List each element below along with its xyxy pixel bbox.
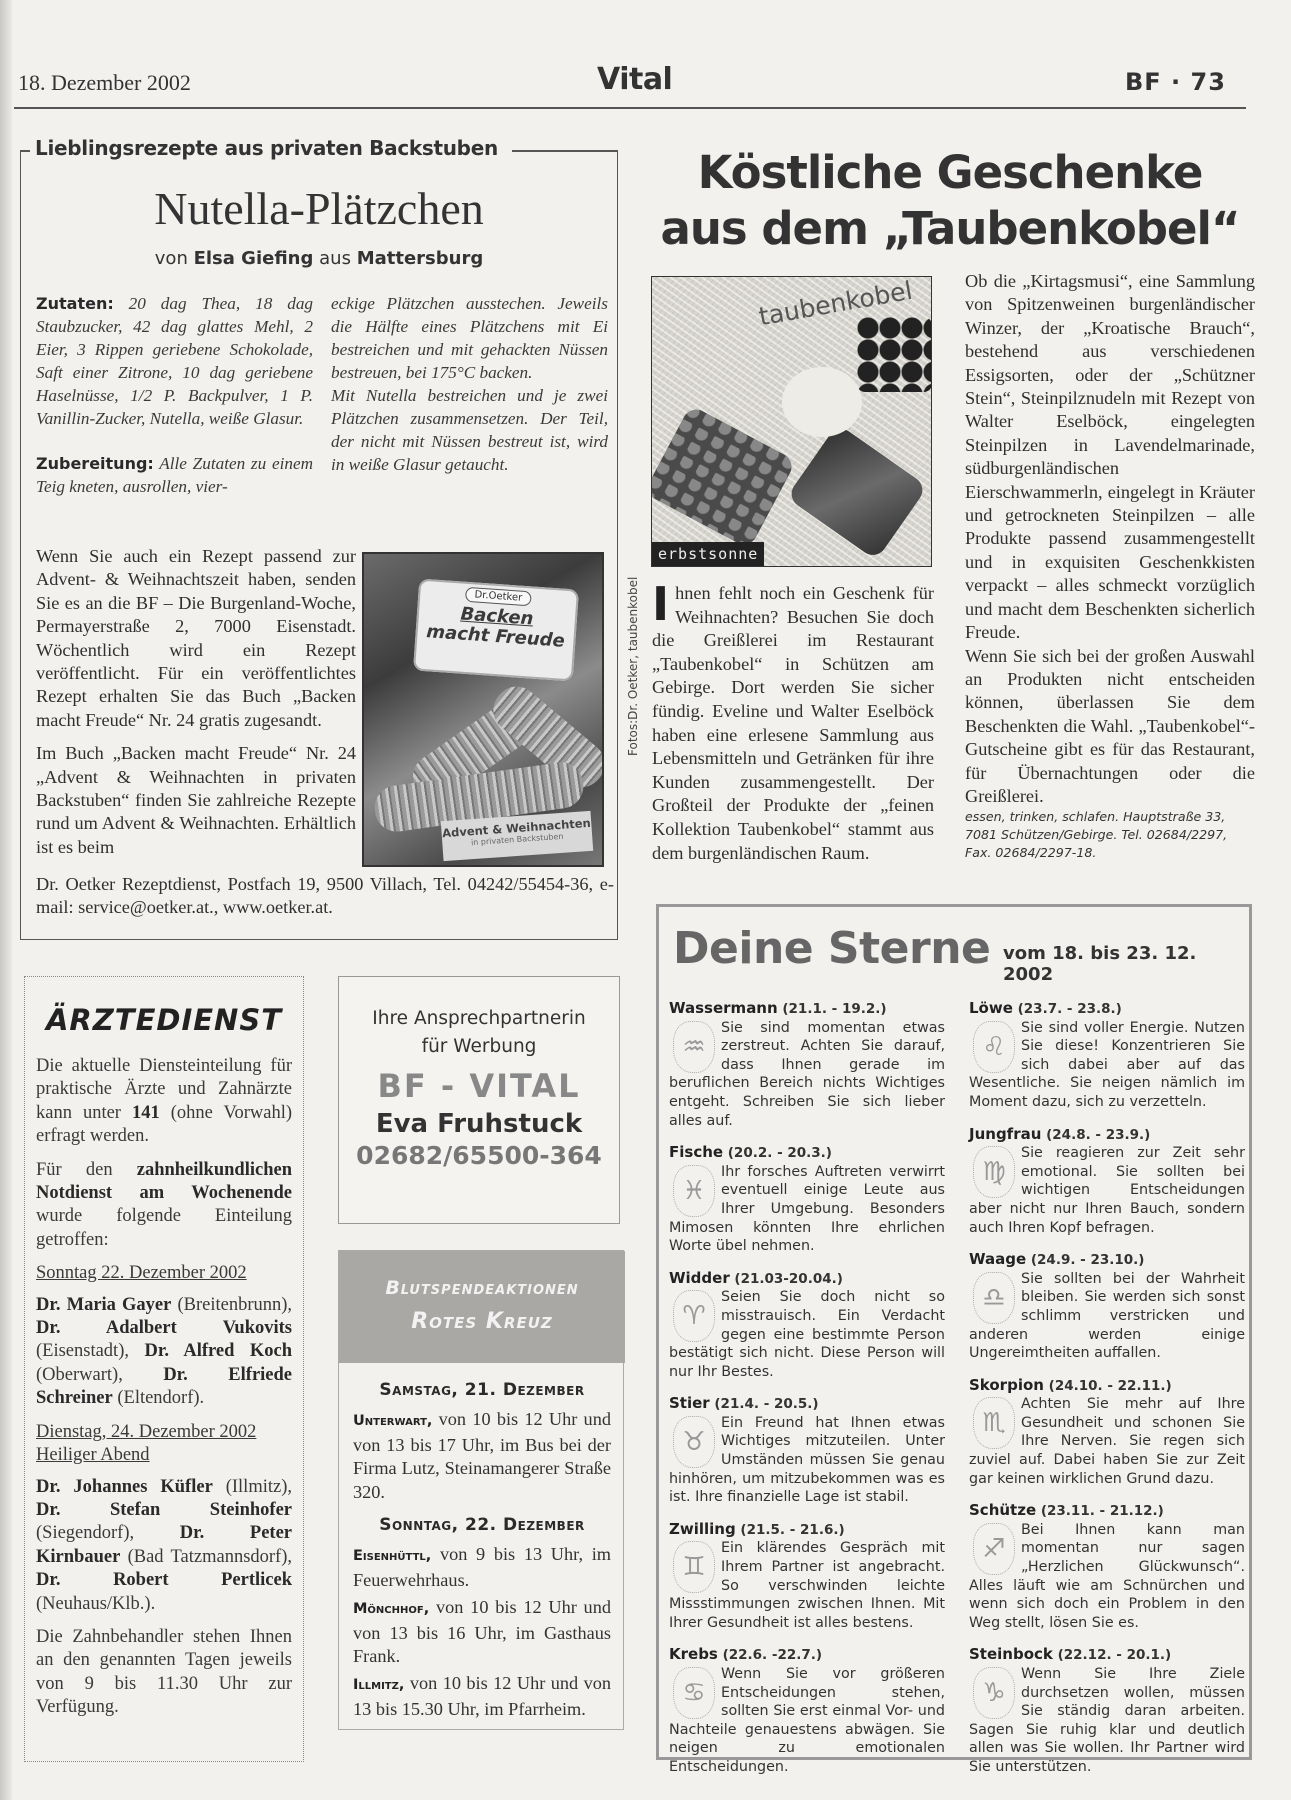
page-binding-edge <box>0 0 12 1800</box>
libra-icon: ♎ <box>973 1272 1015 1324</box>
preparation: Zubereitung: Alle Zutaten zu einem Teig … <box>36 452 313 498</box>
donation-day: Sonntag, 22. Dezember <box>353 1514 611 1537</box>
ingredients: Zutaten: 20 dag Thea, 18 dag Staubzucker… <box>36 292 313 430</box>
article-text-3: Wenn Sie sich bei der großen Auswahl an … <box>965 645 1255 809</box>
donation-entry: Eisenhüttl, von 9 bis 13 Uhr, im Feuerwe… <box>353 1543 611 1592</box>
sign-dates: (20.2. - 20.3.) <box>723 1145 832 1161</box>
article-text-2: Ob die „Kirtagsmusi“, eine Sammlung von … <box>965 270 1255 645</box>
sign-heading: Steinbock (22.12. - 20.1.) <box>969 1645 1245 1665</box>
header-rule <box>14 107 1246 109</box>
ingredients-text: 20 dag Thea, 18 dag Staubzucker, 42 dag … <box>36 294 313 428</box>
horoscope-sign-scorpio: Skorpion (24.10. - 22.11.)♏Achten Sie me… <box>969 1376 1245 1489</box>
section-title: Vital <box>597 62 672 97</box>
article-text-1: hnen fehlt noch ein Geschenk für Weihnac… <box>652 583 934 863</box>
sign-heading: Löwe (23.7. - 23.8.) <box>969 999 1245 1019</box>
sign-name: Krebs <box>669 1645 718 1663</box>
horoscope-date-range: vom 18. bis 23. 12. 2002 <box>1003 943 1249 985</box>
article-photo: taubenkobel erbstsonne <box>651 276 932 567</box>
aerztedienst-closing: Die Zahnbehandler stehen Ihnen an den ge… <box>36 1626 292 1720</box>
aquarius-icon: ♒ <box>673 1021 715 1073</box>
sign-heading: Zwilling (21.5. - 21.6.) <box>669 1520 945 1540</box>
aerztedienst-title: ÄRZTEDIENST <box>24 1003 304 1037</box>
taurus-icon: ♉ <box>673 1416 715 1468</box>
book-contact: Dr. Oetker Rezeptdienst, Postfach 19, 95… <box>36 873 614 920</box>
ad-contact-name: Eva Fruhstuck <box>339 1109 619 1139</box>
article-column-2: Ob die „Kirtagsmusi“, eine Sammlung von … <box>965 270 1255 862</box>
preparation-text-cont: eckige Plätzchen ausstechen. Jeweils die… <box>331 292 608 384</box>
horoscope-sign-cancer: Krebs (22.6. -22.7.)♋Wenn Sie vor größer… <box>669 1645 945 1776</box>
aerztedienst-intro: Die aktuelle Diensteinteilung für prakti… <box>36 1055 292 1149</box>
duty-doctors: Dr. Johannes Küfler (Illmitz), Dr. Stefa… <box>36 1476 292 1616</box>
horoscope-title: Deine Sterne <box>673 923 990 974</box>
horoscope-sign-pisces: Fische (20.2. - 20.3.)♓Ihr forsches Auft… <box>669 1143 945 1256</box>
photo-credit: Fotos:Dr. Oetker, taubenkobel <box>626 566 646 766</box>
sign-heading: Fische (20.2. - 20.3.) <box>669 1143 945 1163</box>
aries-icon: ♈ <box>673 1290 715 1342</box>
recipe-column-right: eckige Plätzchen ausstechen. Jeweils die… <box>331 292 608 498</box>
recipe-columns: Zutaten: 20 dag Thea, 18 dag Staubzucker… <box>36 292 608 498</box>
aerztedienst-body: Die aktuelle Diensteinteilung für prakti… <box>36 1055 292 1730</box>
horoscope-sign-aquarius: Wassermann (21.1. - 19.2.)♒Sie sind mome… <box>669 999 945 1130</box>
horoscope-sign-gemini: Zwilling (21.5. - 21.6.)♊Ein klärendes G… <box>669 1520 945 1633</box>
recipe-info: Wenn Sie auch ein Rezept passend zur Adv… <box>36 545 356 859</box>
sign-dates: (21.4. - 20.5.) <box>710 1396 819 1412</box>
horoscope-sign-sagittarius: Schütze (23.11. - 21.12.)♐Bei Ihnen kann… <box>969 1501 1245 1632</box>
sign-heading: Wassermann (21.1. - 19.2.) <box>669 999 945 1019</box>
sign-name: Wassermann <box>669 999 778 1017</box>
blood-donation-schedule: Samstag, 21. Dezember Unterwart, von 10 … <box>353 1379 611 1725</box>
sign-name: Skorpion <box>969 1376 1044 1394</box>
duty-doctors: Dr. Maria Gayer (Breitenbrunn), Dr. Adal… <box>36 1294 292 1411</box>
sign-name: Fische <box>669 1143 723 1161</box>
sign-heading: Skorpion (24.10. - 22.11.) <box>969 1376 1245 1396</box>
sign-heading: Jungfrau (24.8. - 23.9.) <box>969 1125 1245 1145</box>
blood-donation-box: Blutspendeaktionen Rotes Kreuz Samstag, … <box>338 1250 624 1730</box>
sign-heading: Waage (24.9. - 23.10.) <box>969 1250 1245 1270</box>
recipe-byline: von Elsa Giefing aus Mattersburg <box>20 248 618 269</box>
sign-dates: (24.9. - 23.10.) <box>1026 1252 1144 1268</box>
sign-name: Widder <box>669 1269 730 1287</box>
recipe-frame-top-right <box>512 150 618 152</box>
submission-info: Wenn Sie auch ein Rezept passend zur Adv… <box>36 545 356 732</box>
book-info: Im Buch „Backen macht Freude“ Nr. 24 „Ad… <box>36 742 356 859</box>
horoscope-sign-virgo: Jungfrau (24.8. - 23.9.)♍Sie reagieren z… <box>969 1125 1245 1238</box>
sign-name: Jungfrau <box>969 1125 1041 1143</box>
preparation-text-end: Mit Nutella bestreichen und je zwei Plät… <box>331 384 608 476</box>
preparation-label: Zubereitung: <box>36 454 154 473</box>
gemini-icon: ♊ <box>673 1541 715 1593</box>
blood-donation-header: Blutspendeaktionen Rotes Kreuz <box>339 1251 625 1363</box>
notdienst-intro: Für den zahnheilkundlichen Notdienst am … <box>36 1159 292 1253</box>
issue-date: 18. Dezember 2002 <box>18 70 191 96</box>
horoscope-box: Deine Sterne vom 18. bis 23. 12. 2002 Wa… <box>656 904 1252 1760</box>
book-cover-photo: Dr.Oetker Backenmacht Freude Advent & We… <box>362 552 604 867</box>
photo-label: erbstsonne <box>652 542 764 566</box>
sign-dates: (24.10. - 22.11.) <box>1044 1378 1172 1394</box>
sign-dates: (21.1. - 19.2.) <box>778 1001 887 1017</box>
advertising-contact-box: Ihre Ansprechpartnerinfür Werbung BF - V… <box>338 976 620 1224</box>
scorpio-icon: ♏ <box>973 1397 1015 1449</box>
recipe-frame-top-left <box>20 150 30 152</box>
page-number: BF · 73 <box>1125 68 1226 96</box>
drop-cap: I <box>652 584 669 624</box>
sign-dates: (23.11. - 21.12.) <box>1036 1503 1164 1519</box>
recipe-title: Nutella-Plätzchen <box>20 182 618 235</box>
horoscope-sign-capricorn: Steinbock (22.12. - 20.1.)♑Wenn Sie Ihre… <box>969 1645 1245 1776</box>
virgo-icon: ♍ <box>973 1146 1015 1198</box>
sign-dates: (22.12. - 20.1.) <box>1053 1647 1171 1663</box>
ad-brand: BF - VITAL <box>339 1067 619 1105</box>
restaurant-contact: essen, trinken, schlafen. Hauptstraße 33… <box>965 808 1255 862</box>
article-column-1: Ihnen fehlt noch ein Geschenk für Weihna… <box>652 582 934 865</box>
sign-name: Schütze <box>969 1501 1036 1519</box>
headline-line-2: aus dem „Taubenkobel“ <box>640 201 1260 257</box>
donation-entry: Illmitz, von 10 bis 12 Uhr und von 13 bi… <box>353 1672 611 1721</box>
horoscope-sign-leo: Löwe (23.7. - 23.8.)♌Sie sind voller Ene… <box>969 999 1245 1112</box>
hotline-number: 141 <box>132 1103 160 1123</box>
headline-line-1: Köstliche Geschenke <box>640 145 1260 201</box>
photo-credit-text: Fotos:Dr. Oetker, taubenkobel <box>626 577 640 756</box>
sign-heading: Schütze (23.11. - 21.12.) <box>969 1501 1245 1521</box>
sign-dates: (23.7. - 23.8.) <box>1013 1001 1122 1017</box>
duty-date: Dienstag, 24. Dezember 2002Heiliger Aben… <box>36 1421 292 1468</box>
sign-heading: Stier (21.4. - 20.5.) <box>669 1394 945 1414</box>
sign-name: Zwilling <box>669 1520 736 1538</box>
donation-day: Samstag, 21. Dezember <box>353 1379 611 1402</box>
horoscope-sign-taurus: Stier (21.4. - 20.5.)♉Ein Freund hat Ihn… <box>669 1394 945 1507</box>
sign-dates: (21.5. - 21.6.) <box>736 1522 845 1538</box>
book-title-plate: Dr.Oetker Backenmacht Freude <box>413 579 579 682</box>
recipe-kicker: Lieblingsrezepte aus privaten Backstuben <box>35 136 498 160</box>
mushroom-cluster <box>857 317 932 392</box>
sign-heading: Widder (21.03-20.04.) <box>669 1269 945 1289</box>
sign-dates: (22.6. -22.7.) <box>718 1647 822 1663</box>
capricorn-icon: ♑ <box>973 1667 1015 1719</box>
horoscope-column-right: Löwe (23.7. - 23.8.)♌Sie sind voller Ene… <box>969 999 1245 1790</box>
horoscope-sign-aries: Widder (21.03-20.04.)♈Seien Sie doch nic… <box>669 1269 945 1382</box>
sign-name: Stier <box>669 1394 710 1412</box>
sign-dates: (21.03-20.04.) <box>730 1271 843 1287</box>
book-brand-logo: Dr.Oetker <box>465 587 532 607</box>
ad-phone: 02682/65500-364 <box>339 1141 619 1170</box>
byline-prefix: von <box>155 248 188 269</box>
bottle-shape <box>782 367 862 437</box>
byline-connector: aus <box>319 248 351 269</box>
article-headline: Köstliche Geschenke aus dem „Taubenkobel… <box>640 145 1260 257</box>
sign-dates: (24.8. - 23.9.) <box>1041 1127 1150 1143</box>
donation-entry: Mönchhof, von 10 bis 12 Uhr und von 13 b… <box>353 1596 611 1668</box>
sign-name: Waage <box>969 1250 1026 1268</box>
book-title: Backenmacht Freude <box>415 601 577 652</box>
sagittarius-icon: ♐ <box>973 1523 1015 1575</box>
recipe-column-left: Zutaten: 20 dag Thea, 18 dag Staubzucker… <box>36 292 313 498</box>
donation-entry: Unterwart, von 10 bis 12 Uhr und von 13 … <box>353 1408 611 1504</box>
ingredients-label: Zutaten: <box>36 294 114 313</box>
recipe-author: Elsa Giefing <box>194 248 314 269</box>
recipe-town: Mattersburg <box>357 248 484 269</box>
pisces-icon: ♓ <box>673 1165 715 1217</box>
sign-heading: Krebs (22.6. -22.7.) <box>669 1645 945 1665</box>
horoscope-column-left: Wassermann (21.1. - 19.2.)♒Sie sind mome… <box>669 999 945 1790</box>
jar-shape <box>651 405 796 550</box>
blood-donation-org: Rotes Kreuz <box>339 1309 625 1334</box>
horoscope-sign-libra: Waage (24.9. - 23.10.)♎Sie sollten bei d… <box>969 1250 1245 1363</box>
blood-donation-title: Blutspendeaktionen <box>339 1277 625 1299</box>
ad-intro: Ihre Ansprechpartnerinfür Werbung <box>339 1005 619 1061</box>
leo-icon: ♌ <box>973 1021 1015 1073</box>
cancer-icon: ♋ <box>673 1667 715 1719</box>
sign-name: Steinbock <box>969 1645 1053 1663</box>
duty-date: Sonntag 22. Dezember 2002 <box>36 1262 292 1285</box>
jar-shape <box>786 424 928 561</box>
sign-name: Löwe <box>969 999 1013 1017</box>
